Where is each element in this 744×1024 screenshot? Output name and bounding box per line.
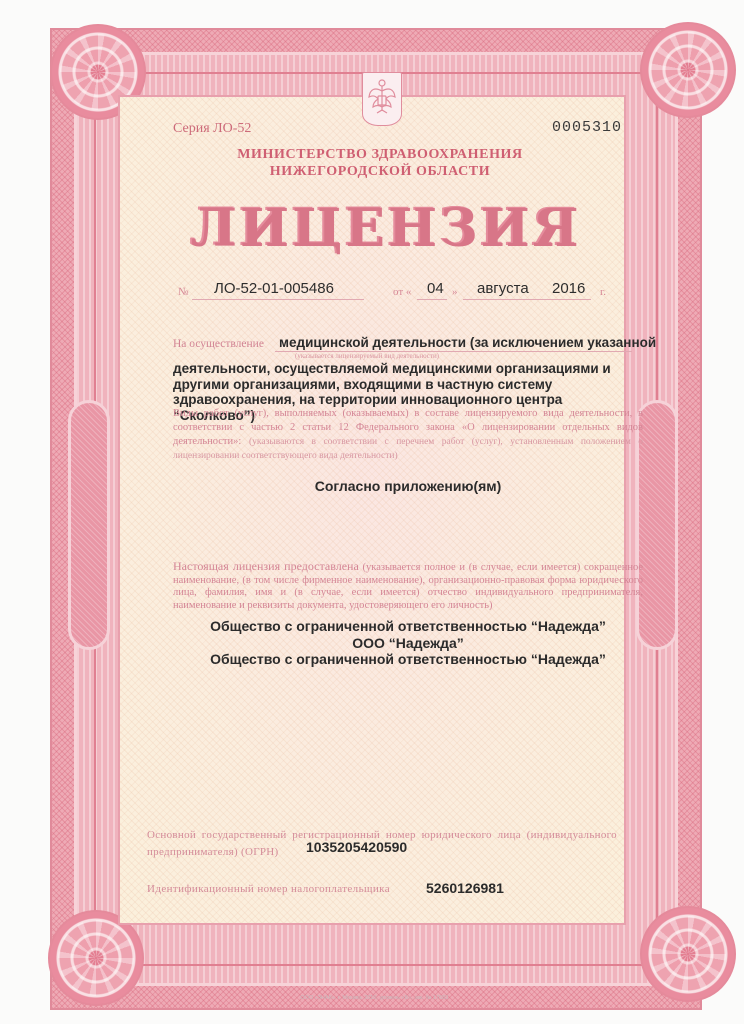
issue-date-underline [463, 299, 591, 300]
granted-section: Настоящая лицензия предоставлена (указыв… [173, 560, 643, 612]
issue-day: 04 [427, 280, 444, 297]
document-title: ЛИЦЕНЗИЯ [190, 197, 570, 258]
issue-day-underline [417, 299, 447, 300]
works-section: Виды работ (услуг), выполняемых (оказыва… [173, 407, 643, 463]
holder-full-name: Общество с ограниченной ответственностью… [173, 618, 643, 635]
issuing-authority: МИНИСТЕРСТВО ЗДРАВООХРАНЕНИЯ НИЖЕГОРОДСК… [190, 146, 570, 180]
day-close-quote: » [452, 286, 458, 298]
holder-full-name-repeat: Общество с ограниченной ответственностью… [173, 651, 643, 668]
inn-label: Идентификационный номер налогоплательщик… [147, 883, 390, 895]
license-number-row: № ЛО-52-01-005486 от « 04 » августа 2016… [0, 280, 744, 302]
year-suffix: г. [600, 286, 606, 298]
activity-value: медицинской деятельности (за исключением… [279, 335, 656, 350]
granted-label: Настоящая лицензия предоставлена [173, 559, 359, 573]
printer-imprint: ООО «ЗНАК», г. Москва, 2010, уровень «Б»… [250, 995, 500, 1001]
license-number-underline [192, 299, 364, 300]
russian-coat-of-arms-icon [362, 72, 402, 126]
left-oval-ornament [68, 400, 110, 650]
holder-short-name: ООО “Надежда” [173, 635, 643, 652]
issue-year: 2016 [552, 280, 585, 297]
date-from-label: от « [393, 286, 411, 298]
corner-rosette-icon [640, 22, 736, 118]
works-hint: (указываются в соответствии с перечнем р… [173, 437, 643, 461]
inn-value: 5260126981 [426, 880, 504, 896]
serial-number: 0005310 [552, 119, 622, 136]
license-number: ЛО-52-01-005486 [214, 280, 334, 297]
activity-label: На осуществление [173, 338, 264, 350]
activity-hint: (указывается лицензируемый вид деятельно… [295, 352, 439, 360]
ogrn-value: 1035205420590 [306, 839, 407, 855]
number-sign-label: № [178, 286, 189, 298]
series-label: Серия ЛО-52 [173, 121, 251, 137]
ministry-line-2: НИЖЕГОРОДСКОЙ ОБЛАСТИ [190, 163, 570, 180]
license-holder: Общество с ограниченной ответственностью… [173, 618, 643, 668]
issue-month: августа [477, 280, 529, 297]
works-value: Согласно приложению(ям) [173, 478, 643, 494]
corner-rosette-icon [640, 906, 736, 1002]
ministry-line-1: МИНИСТЕРСТВО ЗДРАВООХРАНЕНИЯ [190, 146, 570, 163]
